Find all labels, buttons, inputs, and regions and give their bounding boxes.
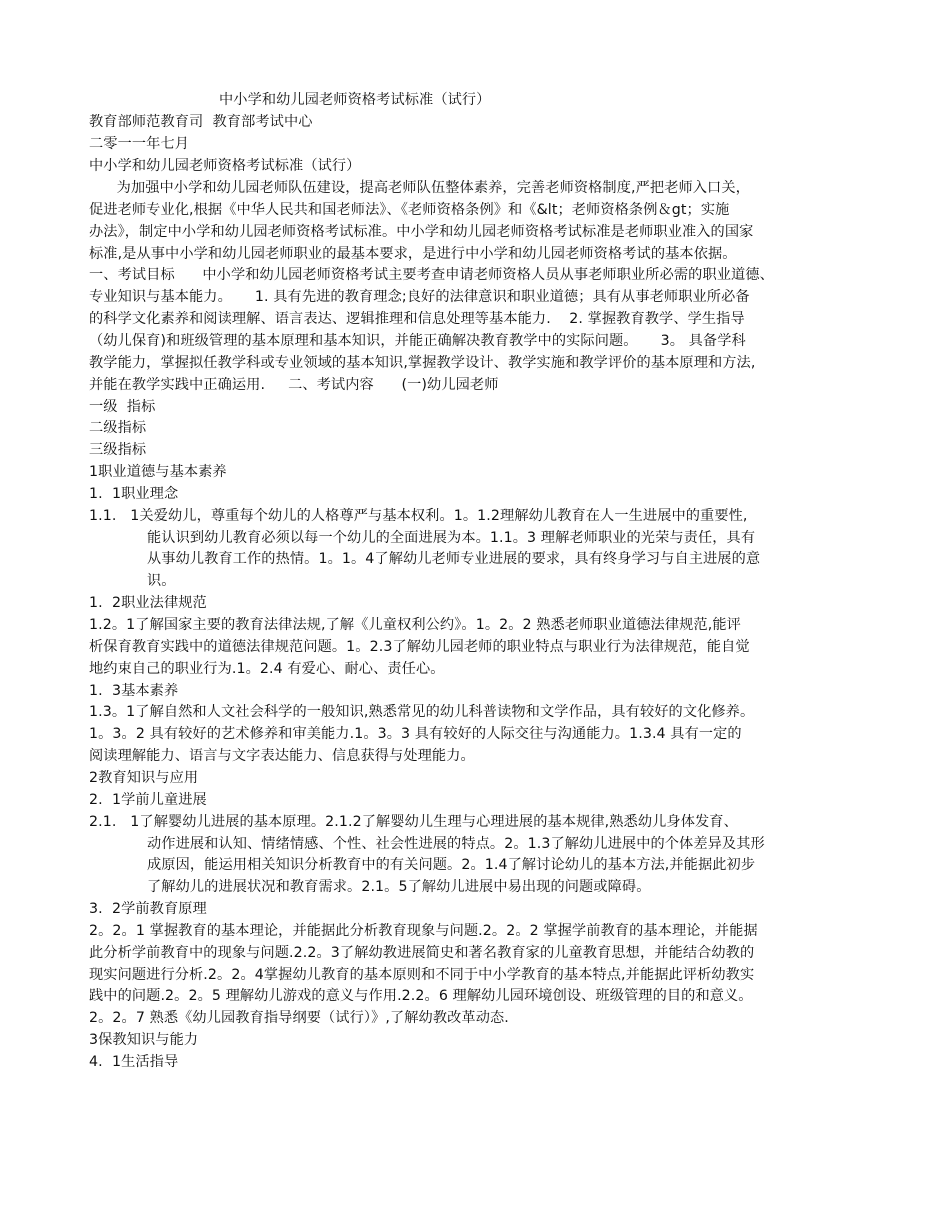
- paragraph-line: 阅读理解能力、语言与文字表达能力、信息获得与处理能力。: [89, 745, 475, 767]
- document-issuer: 教育部师范教育司 教育部考试中心: [89, 111, 313, 133]
- paragraph-line: 办法》，制定中小学和幼儿园老师资格考试标准。中小学和幼儿园老师资格考试标准是老师…: [89, 221, 753, 243]
- document-subtitle: 中小学和幼儿园老师资格考试标准（试行）: [89, 155, 360, 177]
- paragraph-line: 一级 指标: [89, 396, 155, 418]
- document-page: 中小学和幼儿园老师资格考试标准（试行） 教育部师范教育司 教育部考试中心 二零一…: [0, 0, 950, 1230]
- paragraph-line: 3. 2学前教育原理: [89, 898, 207, 920]
- paragraph-line: 4. 1生活指导: [89, 1051, 178, 1073]
- paragraph-line: 从事幼儿教育工作的热情。1。1。4了解幼儿老师专业进展的要求，具有终身学习与自主…: [147, 548, 760, 570]
- paragraph-line: 并能在教学实践中正确运用. 二、考试内容 (一)幼儿园老师: [89, 374, 499, 396]
- paragraph-line: 二级指标: [89, 417, 146, 439]
- paragraph-line: 能认识到幼儿教育必须以每一个幼儿的全面进展为本。1.1。3 理解老师职业的光荣与…: [147, 527, 755, 549]
- paragraph-line: 教学能力，掌握拟任教学科或专业领域的基本知识,掌握教学设计、教学实施和教学评价的…: [89, 352, 755, 374]
- paragraph-line: 1.3。1了解自然和人文社会科学的一般知识,熟悉常见的幼儿科普读物和文学作品，具…: [89, 701, 754, 723]
- paragraph-line: 1.1. 1关爱幼儿，尊重每个幼儿的人格尊严与基本权利。1。1.2理解幼儿教育在…: [89, 505, 748, 527]
- paragraph-line: （幼儿保育)和班级管理的基本原理和基本知识，并能正确解决教育教学中的实际问题。 …: [89, 330, 746, 352]
- paragraph-line: 成原因，能运用相关知识分析教育中的有关问题。2。1.4了解讨论幼儿的基本方法,并…: [147, 854, 755, 876]
- paragraph-line: 3保教知识与能力: [89, 1029, 198, 1051]
- paragraph-line: 三级指标: [89, 439, 146, 461]
- paragraph-line: 促进老师专业化,根据《中华人民共和国老师法》、《老师资格条例》和《&lt；老师资…: [89, 199, 729, 221]
- paragraph-line: 析保育教育实践中的道德法律规范问题。1。2.3了解幼儿园老师的职业特点与职业行为…: [89, 636, 750, 658]
- document-title: 中小学和幼儿园老师资格考试标准（试行）: [219, 89, 490, 111]
- paragraph-line: 2。2。7 熟悉《幼儿园教育指导纲要（试行）》,了解幼教改革动态.: [89, 1007, 509, 1029]
- paragraph-line: 识。: [147, 570, 176, 592]
- paragraph-line: 一、考试目标 中小学和幼儿园老师资格考试主要考查申请老师资格人员从事老师职业所必…: [89, 264, 774, 286]
- paragraph-line: 了解幼儿的进展状况和教育需求。2.1。5了解幼儿进展中易出现的问题或障碍。: [147, 876, 650, 898]
- paragraph-line: 的科学文化素养和阅读理解、语言表达、逻辑推理和信息处理等基本能力. 2. 掌握教…: [89, 308, 745, 330]
- paragraph-line: 标准,是从事中小学和幼儿园老师职业的最基本要求，是进行中小学和幼儿园老师资格考试…: [89, 243, 737, 265]
- document-date: 二零一一年七月: [89, 133, 189, 155]
- paragraph-line: 此分析学前教育中的现象与问题.2.2。3了解幼教进展简史和著名教育家的儿童教育思…: [89, 942, 754, 964]
- paragraph-line: 现实问题进行分析.2。2。4掌握幼儿教育的基本原则和不同于中小学教育的基本特点,…: [89, 964, 754, 986]
- paragraph-line: 2。2。1 掌握教育的基本理论，并能据此分析教育现象与问题.2。2。2 掌握学前…: [89, 920, 758, 942]
- paragraph-line: 1. 2职业法律规范: [89, 592, 207, 614]
- paragraph-line: 2. 1学前儿童进展: [89, 789, 207, 811]
- paragraph-line: 1。3。2 具有较好的艺术修养和审美能力.1。3。3 具有较好的人际交往与沟通能…: [89, 723, 742, 745]
- paragraph-line: 为加强中小学和幼儿园老师队伍建设，提高老师队伍整体素养，完善老师资格制度,严把老…: [89, 177, 750, 199]
- paragraph-line: 专业知识与基本能力。 1. 具有先进的教育理念;良好的法律意识和职业道德；具有从…: [89, 286, 750, 308]
- paragraph-line: 2教育知识与应用: [89, 767, 198, 789]
- paragraph-line: 动作进展和认知、情绪情感、个性、社会性进展的特点。2。1.3了解幼儿进展中的个体…: [147, 833, 765, 855]
- paragraph-line: 1. 3基本素养: [89, 680, 178, 702]
- paragraph-line: 1. 1职业理念: [89, 483, 178, 505]
- paragraph-line: 地约束自己的职业行为.1。2.4 有爱心、耐心、责任心。: [89, 658, 445, 680]
- paragraph-line: 践中的问题.2。2。5 理解幼儿游戏的意义与作用.2.2。6 理解幼儿园环境创设…: [89, 985, 753, 1007]
- paragraph-line: 1职业道德与基本素养: [89, 461, 227, 483]
- paragraph-line: 1.2。1了解国家主要的教育法律法规,了解《儿童权利公约》。1。2。2 熟悉老师…: [89, 614, 741, 636]
- paragraph-line: 2.1. 1了解婴幼儿进展的基本原理。2.1.2了解婴幼儿生理与心理进展的基本规…: [89, 811, 738, 833]
